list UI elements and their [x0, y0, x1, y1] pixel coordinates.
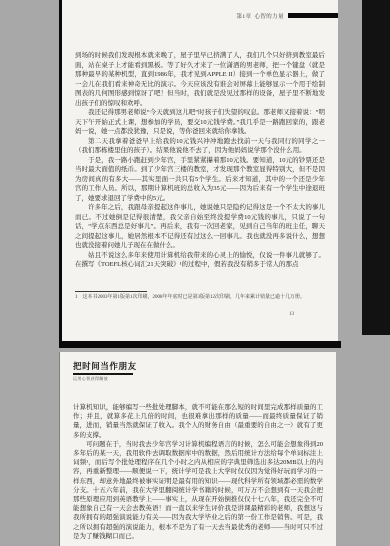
paragraph: 计算机知识，能够编写一些批处理脚本，就不可能在那么短的时间里完成那样质量的工作；…: [73, 403, 323, 440]
footnote-rule: [75, 291, 147, 292]
paragraph: 姑且不说这么多年来使用计算机给我带来的心灵上的愉悦，仅说一件事儿就够了。在撰写《…: [75, 251, 325, 270]
book-subtitle: 运用心智获得解放: [73, 376, 137, 382]
paragraph: 第二天我拿着爸爸早上给我的10元钱兴冲冲地跑去找前一天与我同行的同学之一（我们那…: [75, 137, 325, 156]
paragraph: 我还记得那男老师说“今天就到这儿吧”时孩子们失望的叹息。那老师又接着说：“明天下…: [75, 108, 325, 137]
book-page-2[interactable]: 把时间当作朋友 运用心智获得解放 计算机知识，能够编写一些批处理脚本，就不可能在…: [59, 352, 336, 546]
book-title-underline: [73, 373, 133, 375]
paragraph: 许多年之后，我跟母亲提起这件事儿，她说她只是隐约记得这是一个不太大的事儿而已。不…: [75, 203, 325, 251]
running-header-page2: 把时间当作朋友 运用心智获得解放: [73, 360, 137, 382]
footnote-text: 1 这本书2003年第1版第1次印刷，2008年年底时已是第3版第12次印刷，几…: [75, 295, 325, 302]
chapter-title: 心智的力量: [254, 14, 284, 20]
page2-body-text: 计算机知识，能够编写一些批处理脚本，就不可能在那么短的时间里完成那样质量的工作；…: [73, 403, 323, 541]
paragraph: 于是，我一路小跑赶到少年宫，手里紧紧攥着那10元钱。要知道，10元的钞票还是当时…: [75, 156, 325, 204]
document-viewer-canvas: 第1章心智的力量 到场的时候我们发现根本就来晚了，屋子里早已挤满了人，我们几个只…: [0, 0, 390, 546]
chapter-number: 第1章: [237, 14, 252, 20]
page-number: 13: [289, 312, 294, 317]
viewer-dark-panel: [362, 0, 390, 335]
paragraph: 到场的时候我们发现根本就来晚了，屋子里早已挤满了人，我们几个只好挤到教室最后面，…: [75, 51, 325, 108]
book-title: 把时间当作朋友: [73, 360, 137, 372]
page1-body-text: 到场的时候我们发现根本就来晚了，屋子里早已挤满了人，我们几个只好挤到教室最后面，…: [75, 51, 325, 270]
paragraph: 可问题在于，当时我去少年宫学习计算机编程语言的时候，怎么可能会想象得到20多年后…: [73, 440, 323, 541]
chapter-header-bar: [288, 13, 338, 18]
running-header: 第1章心智的力量: [237, 12, 284, 20]
book-page-1[interactable]: 第1章心智的力量 到场的时候我们发现根本就来晚了，屋子里早已挤满了人，我们几个只…: [59, 0, 338, 341]
page1-bottom-shadow: [59, 341, 341, 348]
